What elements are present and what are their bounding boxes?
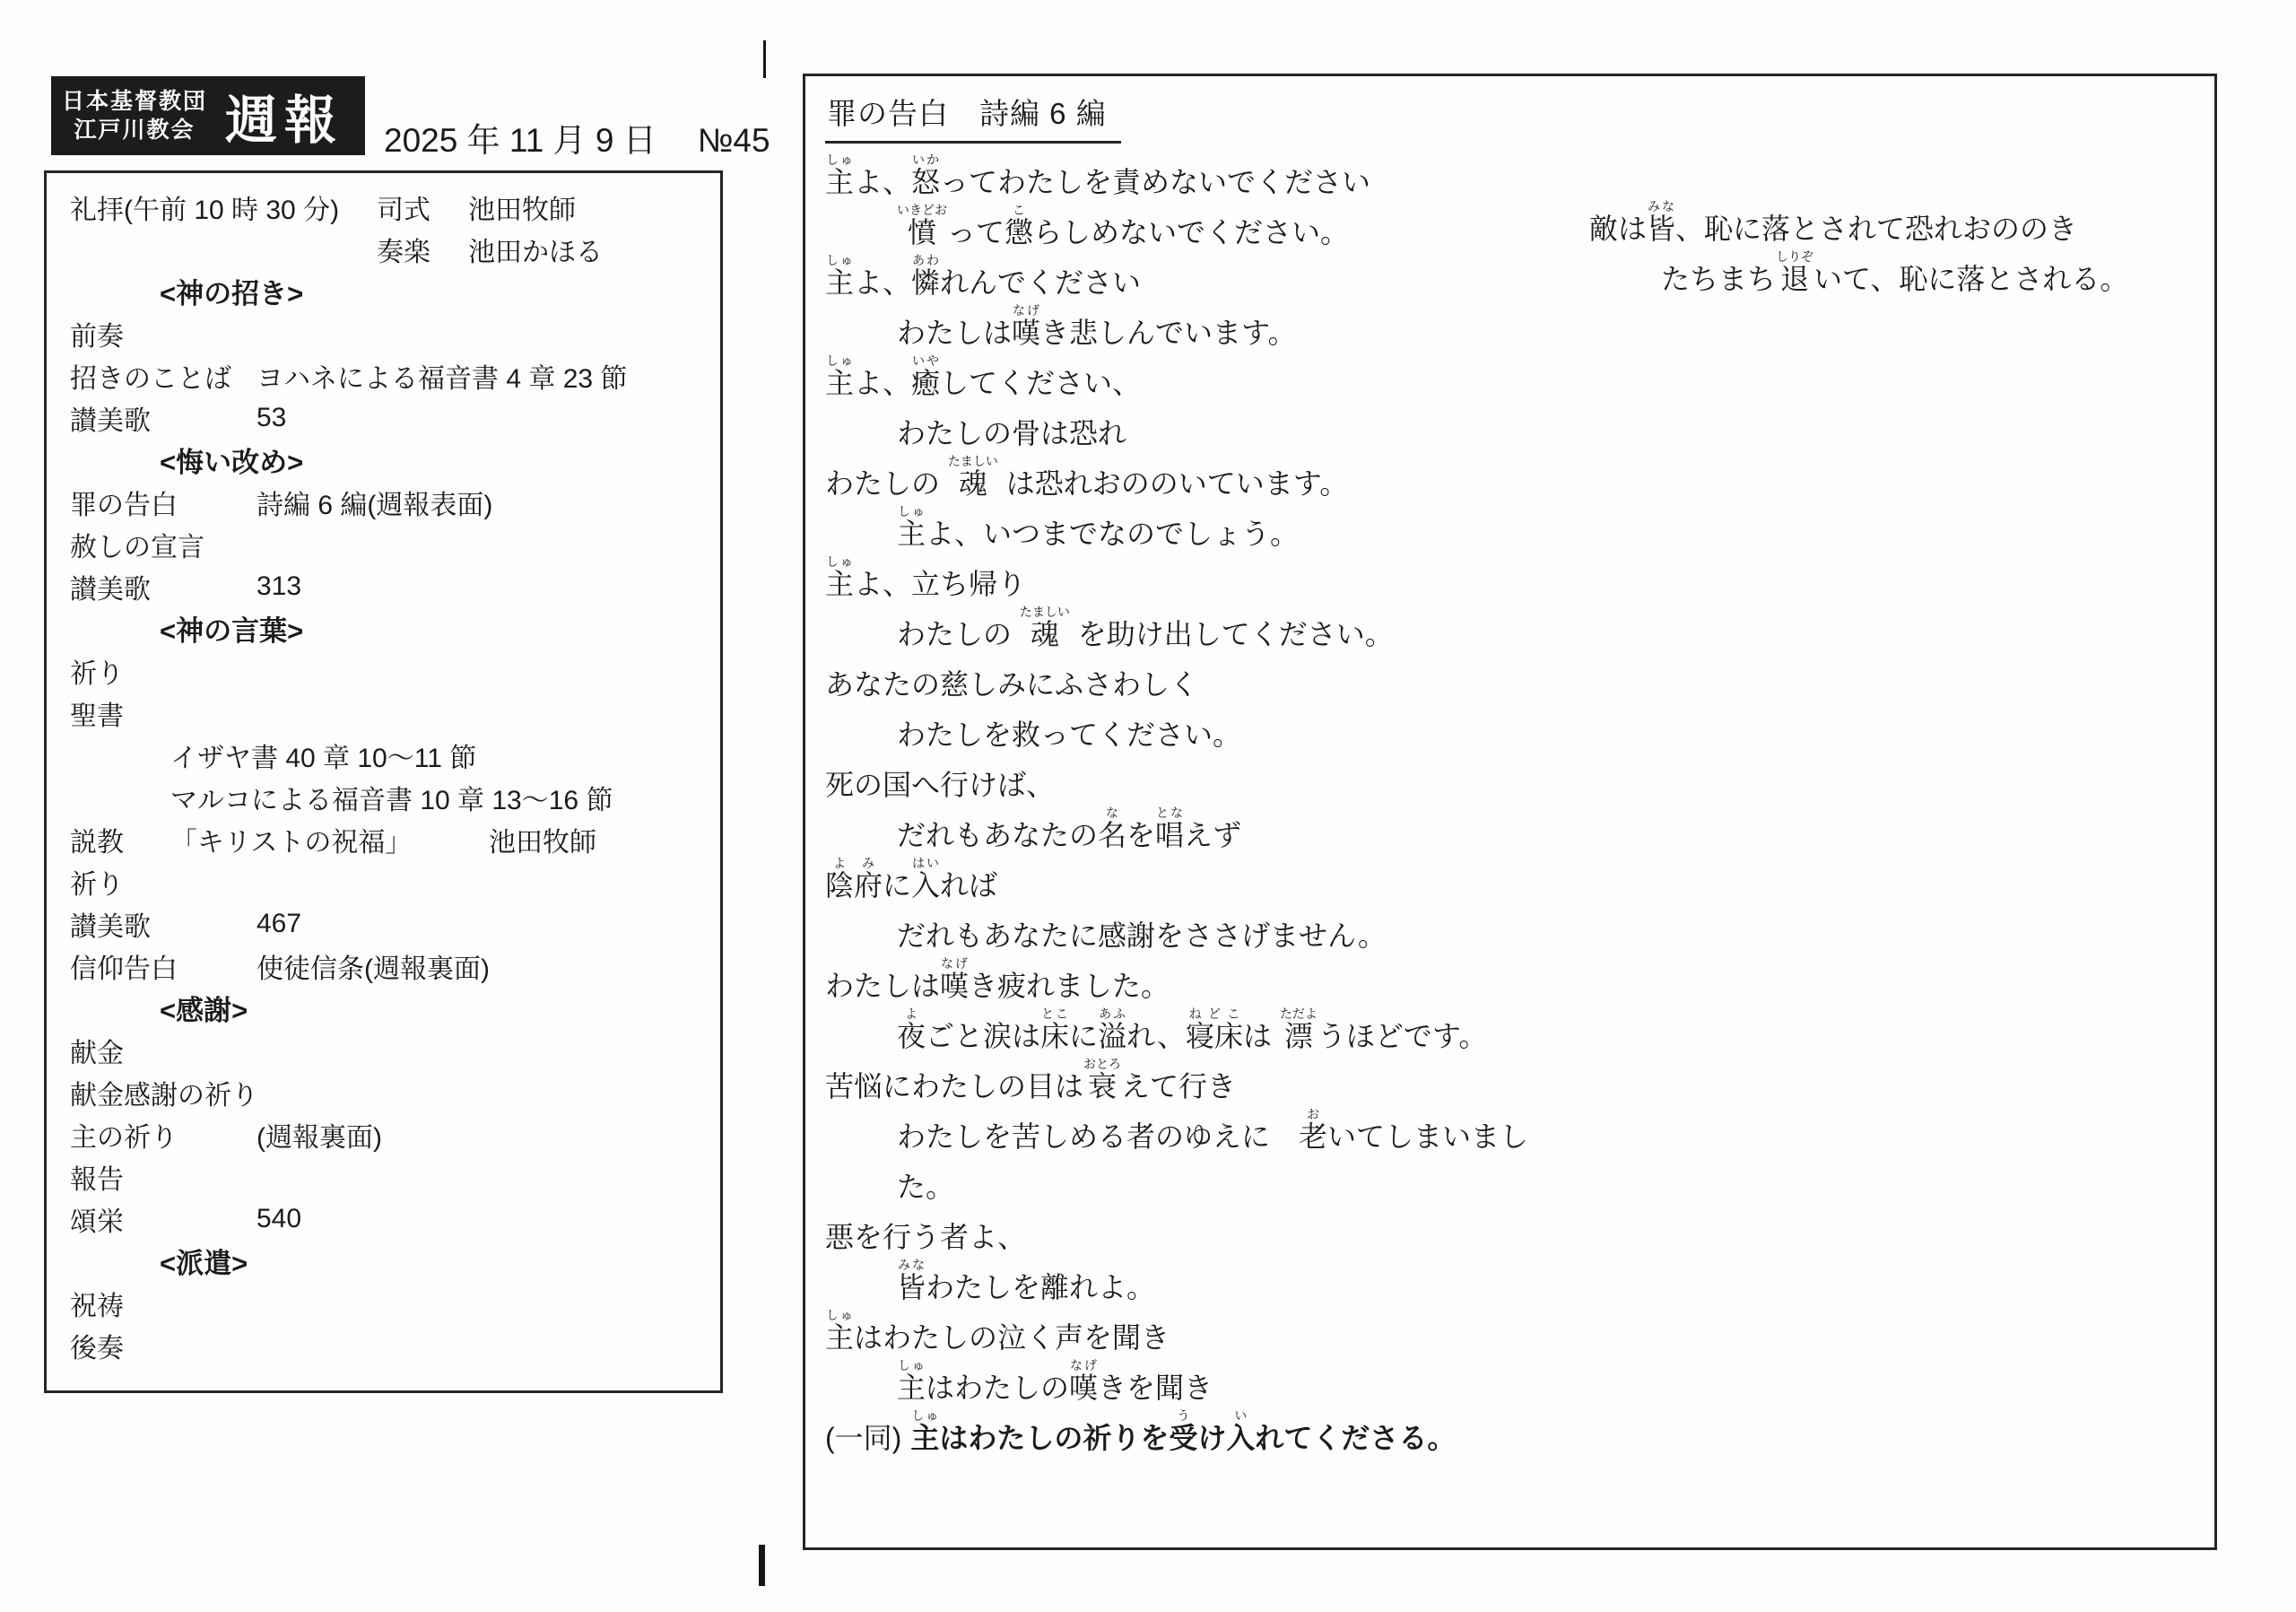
program-item-label: 讃美歌	[70, 567, 257, 606]
psalm-line: わたしの 魂たましい は恐れおののいています。	[825, 450, 2214, 501]
psalm-line: わたしを苦しめる者のゆえに 老おいてしまいまし	[825, 1103, 2214, 1154]
sermon-title: 「キリストの祝福」	[170, 820, 489, 859]
program-item-label: 祝祷	[70, 1284, 124, 1323]
ruby-text: 嘆なげ	[1012, 303, 1040, 350]
section-header: <感謝>	[160, 988, 248, 1028]
ruby-text: 退しりぞ	[1776, 249, 1813, 296]
program-item-value: 使徒信条(週報裏面)	[257, 946, 490, 986]
bulletin-page: 日本基督教団 江戸川教会 週報 2025 年 11 月 9 日 №45 礼拝(午…	[0, 0, 2296, 1612]
ruby-text: 溢あふ	[1098, 1006, 1126, 1053]
ruby-text: 皆みな	[897, 1258, 926, 1304]
congregation-name: 江戸川教会	[62, 116, 207, 145]
ruby-text: 主しゅ	[825, 253, 854, 300]
program-row-item: 献金	[70, 1029, 720, 1071]
section-header: <神の言葉>	[160, 608, 303, 649]
bulletin-logo: 週報	[225, 78, 344, 153]
program-item-value: ヨハネによる福音書 4 章 23 節	[257, 356, 627, 396]
section-header: <神の招き>	[160, 271, 303, 311]
psalm-text: は	[1243, 1021, 1280, 1053]
program-item-label: 祈り	[70, 651, 124, 691]
psalm-text: えて行き	[1121, 1071, 1236, 1103]
program-rows: 礼拝(午前 10 時 30 分)司式池田牧師奏楽池田かほる<神の招き>前奏招きの…	[70, 186, 720, 1366]
psalm-text: 死の国へ行けば、	[825, 770, 1055, 802]
psalm-text: わたしの	[897, 619, 1020, 651]
ruby-text: 入い	[1226, 1408, 1255, 1455]
duty-role: 奏楽	[377, 230, 468, 269]
church-name: 日本基督教団 江戸川教会	[62, 87, 207, 145]
psalm-text: け	[1197, 1423, 1226, 1455]
program-item-value: 467	[257, 909, 301, 939]
psalm-text: えず	[1184, 820, 1241, 852]
duty-role: 司式	[377, 187, 468, 227]
program-item-value: 53	[257, 403, 286, 433]
ruby-text: 主しゅ	[825, 152, 854, 199]
program-row-hdr: <神の言葉>	[70, 607, 720, 649]
program-item-value: 313	[257, 571, 301, 602]
psalm-line: わたしは嘆なげき悲しんでいます。	[825, 300, 2214, 350]
psalm-text: たちまち	[1661, 264, 1776, 296]
program-row-item: 主の祈り(週報裏面)	[70, 1113, 720, 1155]
section-header: <派遣>	[160, 1241, 248, 1281]
scripture-reference: マルコによる福音書 10 章 13〜16 節	[170, 778, 613, 817]
psalm-line: 主しゅよ、癒いやしてください、	[825, 350, 2214, 400]
ruby-text: 主しゅ	[897, 504, 926, 551]
program-row-hdr: <感謝>	[70, 987, 720, 1029]
psalm-text: よ、	[854, 167, 911, 199]
issue-number: №45	[698, 122, 770, 160]
psalm-text: わたしを苦しめる者のゆえに	[897, 1121, 1299, 1154]
psalm-line: 敵は皆みな、恥に落とされて恐れおののき	[1589, 196, 2128, 246]
psalm-line: わたしは嘆なげき疲れました。	[825, 953, 2214, 1003]
psalm-text: だれもあなたに感謝をささげません。	[897, 920, 1387, 953]
program-item-label: 主の祈り	[70, 1115, 257, 1155]
ruby-text: 寝床ねどこ	[1186, 1006, 1243, 1053]
psalm-text: 、恥に落とされて恐れおののき	[1675, 213, 2077, 246]
psalm-line: 主しゅよ、怒いかってわたしを責めないでください	[825, 149, 2214, 199]
program-row-item: 信仰告白使徒信条(週報裏面)	[70, 945, 720, 987]
psalm-text: はわたしの	[926, 1372, 1069, 1405]
psalm-text: 苦悩にわたしの目は	[825, 1071, 1083, 1103]
sermon-speaker: 池田牧師	[489, 820, 596, 859]
psalm-line: 夜よごと涙は床とこに溢あふれ、寝床ねどこは 漂ただようほどです。	[825, 1003, 2214, 1053]
psalm-text: って	[947, 217, 1004, 249]
psalm-line: 主しゅはわたしの泣く声を聞き	[825, 1304, 2214, 1355]
psalm-text: れてくださる。	[1255, 1423, 1456, 1455]
program-row-sub: イザヤ書 40 章 10〜11 節	[70, 734, 720, 776]
program-item-label: 赦しの宣言	[70, 525, 204, 564]
ruby-text: 夜よ	[897, 1006, 926, 1053]
program-item-label: 聖書	[70, 693, 124, 733]
program-row-item: 赦しの宣言	[70, 523, 720, 565]
psalm-line: た。	[825, 1154, 2214, 1204]
psalm-line: たちまち退しりぞいて、恥に落とされる。	[1589, 246, 2128, 296]
psalm-line: 陰府よみに入はいれば	[825, 852, 2214, 902]
unison-marker: (一同)	[825, 1423, 901, 1455]
program-row-item: 報告	[70, 1155, 720, 1198]
program-item-label: 献金感謝の祈り	[70, 1073, 258, 1112]
psalm-line: 死の国へ行けば、	[825, 752, 2214, 802]
psalm-text: らしめないでください。	[1033, 217, 1349, 249]
program-row-item: 祈り	[70, 860, 720, 902]
program-item-value: (週報裏面)	[257, 1115, 382, 1155]
psalm-text: してください、	[940, 368, 1141, 400]
psalm-lines: 主しゅよ、怒いかってわたしを責めないでください憤いきどおって懲こらしめないでくだ…	[825, 149, 2214, 1455]
program-row-item: 招きのことばヨハネによる福音書 4 章 23 節	[70, 354, 720, 396]
psalm-line: 苦悩にわたしの目は衰おとろえて行き	[825, 1053, 2214, 1103]
psalm-line: あなたの慈しみにふさわしく	[825, 651, 2214, 701]
psalm-text: わたしの	[825, 468, 948, 501]
program-row-item: 聖書	[70, 692, 720, 734]
psalm-text: れば	[940, 870, 997, 902]
psalm-text: はわたしの祈りを	[939, 1423, 1169, 1455]
ruby-text: 主しゅ	[897, 1358, 926, 1405]
program-row-item: 罪の告白詩編 6 編(週報表面)	[70, 481, 720, 523]
psalm-text: よ、	[854, 368, 911, 400]
program-row-item: 頌栄540	[70, 1198, 720, 1240]
psalm-line: 皆みなわたしを離れよ。	[825, 1254, 2214, 1304]
psalm-text: れんでください	[940, 267, 1141, 300]
psalm-text: た。	[897, 1172, 954, 1204]
duty-person: 池田牧師	[468, 187, 576, 227]
confession-psalm-box: 罪の告白 詩編 6 編 主しゅよ、怒いかってわたしを責めないでください憤いきどお…	[803, 74, 2217, 1550]
psalm-text: に	[883, 870, 911, 902]
ruby-text: 入はい	[911, 856, 940, 902]
psalm-text: よ、立ち帰り	[854, 569, 1026, 601]
duty-person: 池田かほる	[468, 230, 603, 269]
program-item-label: 罪の告白	[70, 483, 257, 522]
psalm-text: に	[1069, 1021, 1098, 1053]
ruby-text: 主しゅ	[825, 1308, 854, 1355]
order-of-worship-box: 礼拝(午前 10 時 30 分)司式池田牧師奏楽池田かほる<神の招き>前奏招きの…	[44, 170, 723, 1393]
ruby-text: 懲こ	[1004, 203, 1033, 249]
service-time-label: 礼拝(午前 10 時 30 分)	[70, 187, 377, 227]
psalm-line: 主しゅはわたしの嘆なげきを聞き	[825, 1355, 2214, 1405]
program-row-item: 讃美歌53	[70, 396, 720, 439]
ruby-text: 名な	[1098, 806, 1126, 852]
ruby-text: 受う	[1169, 1408, 1197, 1455]
program-item-label: 讃美歌	[70, 398, 257, 438]
ruby-text: 魂たましい	[1020, 605, 1070, 651]
ruby-text: 怒いか	[911, 152, 940, 199]
psalm-line: 悪を行う者よ、	[825, 1204, 2214, 1254]
psalm-title: 罪の告白 詩編 6 編	[825, 91, 1121, 144]
psalm-text: 悪を行う者よ、	[825, 1222, 1026, 1254]
ruby-text: 憤いきどお	[897, 203, 947, 249]
program-row-item: 讃美歌313	[70, 565, 720, 607]
ruby-text: 主しゅ	[825, 353, 854, 400]
psalm-line: わたしの骨は恐れ	[825, 400, 2214, 450]
issue-date: 2025 年 11 月 9 日	[384, 113, 657, 161]
psalm-text: わたしは	[825, 971, 940, 1003]
section-header: <悔い改め>	[160, 440, 303, 480]
psalm-line: 主しゅよ、いつまでなのでしょう。	[825, 501, 2214, 551]
psalm-text: うほどです。	[1318, 1021, 1487, 1053]
program-row-item: 讃美歌467	[70, 902, 720, 945]
psalm-text: ってわたしを責めないでください	[940, 167, 1370, 199]
ruby-text: 主しゅ	[825, 554, 854, 601]
psalm-text: いてしまいまし	[1327, 1121, 1528, 1154]
psalm-text: 敵は	[1589, 213, 1647, 246]
psalm-column2: 敵は皆みな、恥に落とされて恐れおののきたちまち退しりぞいて、恥に落とされる。	[1589, 196, 2128, 296]
program-item-label: 頌栄	[70, 1199, 257, 1239]
ruby-text: 魂たましい	[948, 454, 998, 501]
program-row-duty: 礼拝(午前 10 時 30 分)司式池田牧師	[70, 186, 720, 228]
psalm-text: を	[1126, 820, 1155, 852]
ruby-text: 漂ただよ	[1280, 1006, 1318, 1053]
program-item-value: 540	[257, 1204, 301, 1234]
psalm-text: き悲しんでいます。	[1040, 318, 1296, 350]
psalm-text: れ、	[1126, 1021, 1186, 1053]
psalm-text: だれもあなたの	[897, 820, 1098, 852]
ruby-text: 主しゅ	[910, 1408, 939, 1455]
scripture-reference: イザヤ書 40 章 10〜11 節	[170, 736, 476, 775]
psalm-line: だれもあなたに感謝をささげません。	[825, 902, 2214, 953]
program-row-sub: マルコによる福音書 10 章 13〜16 節	[70, 776, 720, 818]
program-row-hdr: <悔い改め>	[70, 439, 720, 481]
program-row-hdr: <神の招き>	[70, 270, 720, 312]
program-item-label: 祈り	[70, 862, 124, 902]
psalm-line: 主しゅよ、立ち帰り	[825, 551, 2214, 601]
ruby-text: 老お	[1299, 1107, 1327, 1154]
psalm-line: (一同)主しゅはわたしの祈りを受うけ入いれてくださる。	[825, 1405, 2214, 1455]
psalm-text: よ、いつまでなのでしょう。	[926, 518, 1299, 551]
program-item-label: 後奏	[70, 1326, 124, 1365]
program-item-label: 説教	[70, 820, 170, 859]
program-item-label: 信仰告白	[70, 946, 257, 986]
ruby-text: 嘆なげ	[940, 956, 969, 1003]
registration-mark-top	[763, 40, 766, 78]
psalm-text: を助け出してください。	[1070, 619, 1394, 651]
ruby-text: 衰おとろ	[1083, 1057, 1121, 1103]
ruby-text: 床とこ	[1040, 1006, 1069, 1053]
psalm-text: あなたの慈しみにふさわしく	[825, 669, 1198, 701]
program-row-item: 献金感謝の祈り	[70, 1071, 720, 1113]
program-row-duty: 奏楽池田かほる	[70, 228, 720, 270]
psalm-text: はわたしの泣く声を聞き	[854, 1322, 1170, 1355]
psalm-text: わたしの骨は恐れ	[897, 418, 1126, 450]
psalm-text: わたしを離れよ。	[926, 1272, 1155, 1304]
psalm-text: は恐れおののいています。	[998, 468, 1348, 501]
psalm-text: いて、恥に落とされる。	[1813, 264, 2128, 296]
program-row-item: 前奏	[70, 312, 720, 354]
ruby-text: 陰府よみ	[825, 856, 883, 902]
psalm-body: 主しゅよ、怒いかってわたしを責めないでください憤いきどおって懲こらしめないでくだ…	[825, 149, 2214, 1455]
psalm-text: わたしは	[897, 318, 1012, 350]
psalm-line: だれもあなたの名なを唱となえず	[825, 802, 2214, 852]
ruby-text: 憐あわ	[911, 253, 940, 300]
ruby-text: 皆みな	[1647, 199, 1675, 246]
ruby-text: 嘆なげ	[1069, 1358, 1098, 1405]
program-item-label: 招きのことば	[70, 356, 257, 396]
program-row-item: 祝祷	[70, 1282, 720, 1324]
psalm-text: わたしを救ってください。	[897, 719, 1241, 752]
psalm-text: きを聞き	[1098, 1372, 1213, 1405]
masthead: 日本基督教団 江戸川教会 週報	[51, 76, 365, 155]
psalm-text: き疲れました。	[969, 971, 1170, 1003]
program-row-sermon: 説教「キリストの祝福」池田牧師	[70, 818, 720, 860]
psalm-line: わたしの 魂たましい を助け出してください。	[825, 601, 2214, 651]
psalm-text: よ、	[854, 267, 911, 300]
program-row-item: 後奏	[70, 1324, 720, 1366]
psalm-line: わたしを救ってください。	[825, 701, 2214, 752]
ruby-text: 癒いや	[911, 353, 940, 400]
program-item-label: 献金	[70, 1031, 124, 1070]
program-item-label: 前奏	[70, 314, 124, 353]
program-row-hdr: <派遣>	[70, 1240, 720, 1282]
denomination-name: 日本基督教団	[62, 87, 207, 117]
psalm-text: ごと涙は	[926, 1021, 1040, 1053]
program-row-item: 祈り	[70, 649, 720, 692]
ruby-text: 唱とな	[1155, 806, 1184, 852]
dateline: 2025 年 11 月 9 日 №45	[384, 113, 770, 161]
program-item-label: 報告	[70, 1157, 124, 1197]
program-item-label: 讃美歌	[70, 904, 257, 944]
registration-mark-bottom	[759, 1545, 765, 1586]
program-item-value: 詩編 6 編(週報表面)	[257, 483, 492, 522]
